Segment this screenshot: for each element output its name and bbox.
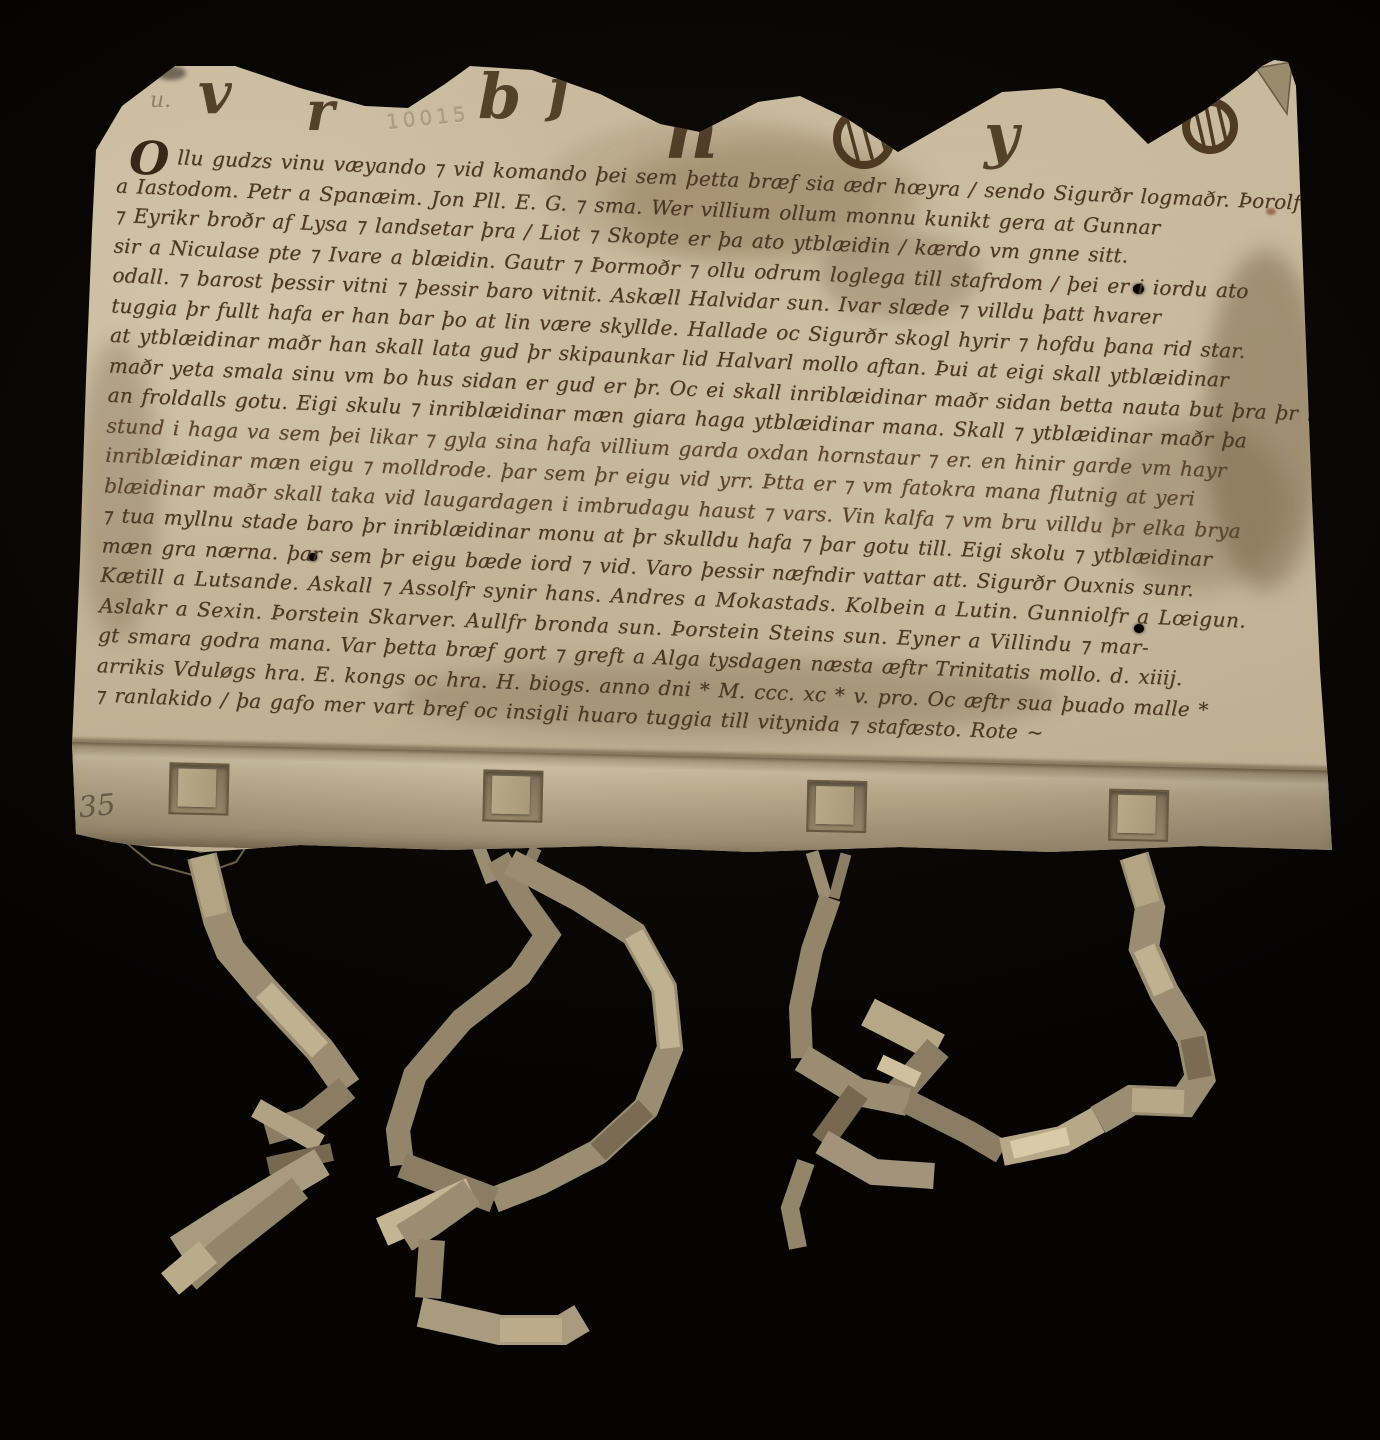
seal-tag xyxy=(178,768,217,807)
seal-tag xyxy=(491,776,530,815)
cut-letter-fragment-icon: v xyxy=(198,64,232,122)
seal-slit xyxy=(806,780,867,833)
archival-number: 35 xyxy=(77,787,117,824)
seal-slit xyxy=(1108,789,1169,842)
charter-text-block: O llu gudzs vinu væyando ⁊ vid komando þ… xyxy=(95,140,1302,757)
cut-letter-fragment-icon: b xyxy=(478,66,521,128)
seal-strap-looped xyxy=(382,845,670,1330)
seal-tag xyxy=(1117,795,1156,834)
corner-mark: u. xyxy=(150,88,171,113)
seal-strap-left-twisted xyxy=(118,836,347,1284)
cut-letter-fragment-icon: y xyxy=(984,106,1019,166)
seal-strap-knotted-bundle xyxy=(790,852,1098,1248)
seal-strap-angled xyxy=(1098,856,1200,1120)
seal-tag xyxy=(815,786,854,825)
folded-corner-flap xyxy=(1256,62,1292,114)
photo-black-velvet-background: v r b ſ h y u. 10015 O llu gudzs vinu væ… xyxy=(0,0,1380,1440)
seal-slit xyxy=(482,769,543,822)
seal-slit xyxy=(168,762,229,815)
